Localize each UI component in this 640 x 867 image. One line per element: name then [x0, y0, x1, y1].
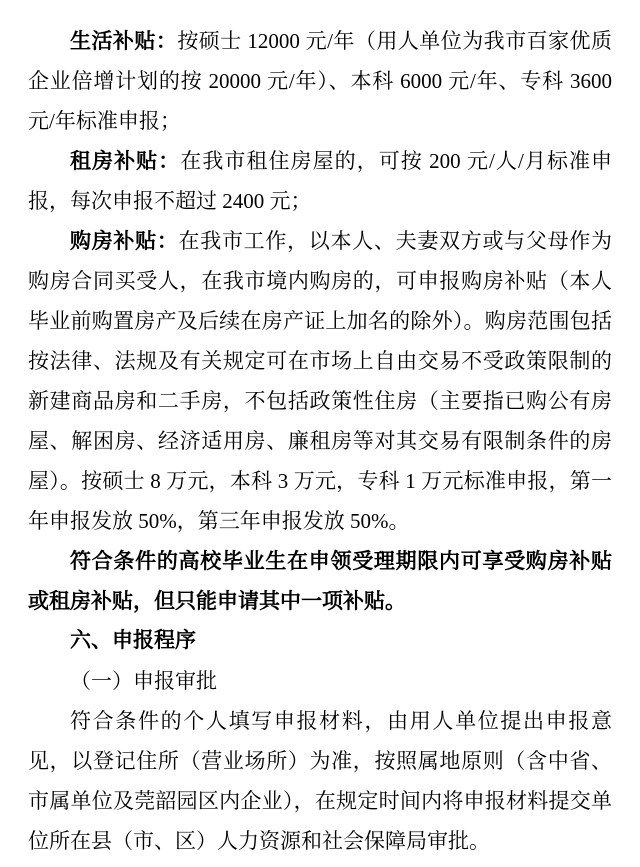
paragraph-rent-subsidy: 租房补贴：在我市租住房屋的，可按 200 元/人/月标准申报，每次申报不超过 2… [28, 141, 612, 221]
purchase-subsidy-text: 在我市工作，以本人、夫妻双方或与父母作为购房合同买受人，在我市境内购房的，可申报… [28, 229, 612, 533]
rent-subsidy-label: 租房补贴： [70, 149, 180, 173]
paragraph-application-process: 符合条件的个人填写申报材料，由用人单位提出申报意见，以登记住所（营业场所）为准，… [28, 701, 612, 861]
purchase-subsidy-label: 购房补贴： [70, 229, 179, 253]
document-page: 生活补贴：按硕士 12000 元/年（用人单位为我市百家优质企业倍增计划的按 2… [0, 0, 640, 867]
living-subsidy-label: 生活补贴： [70, 29, 177, 53]
section-heading-application-procedure: 六、申报程序 [28, 621, 612, 661]
paragraph-living-subsidy: 生活补贴：按硕士 12000 元/年（用人单位为我市百家优质企业倍增计划的按 2… [28, 21, 612, 141]
paragraph-purchase-subsidy: 购房补贴：在我市工作，以本人、夫妻双方或与父母作为购房合同买受人，在我市境内购房… [28, 221, 612, 541]
subsection-heading-application-approval: （一）申报审批 [28, 661, 612, 701]
paragraph-eligibility-note: 符合条件的高校毕业生在申领受理期限内可享受购房补贴或租房补贴，但只能申请其中一项… [28, 541, 612, 621]
